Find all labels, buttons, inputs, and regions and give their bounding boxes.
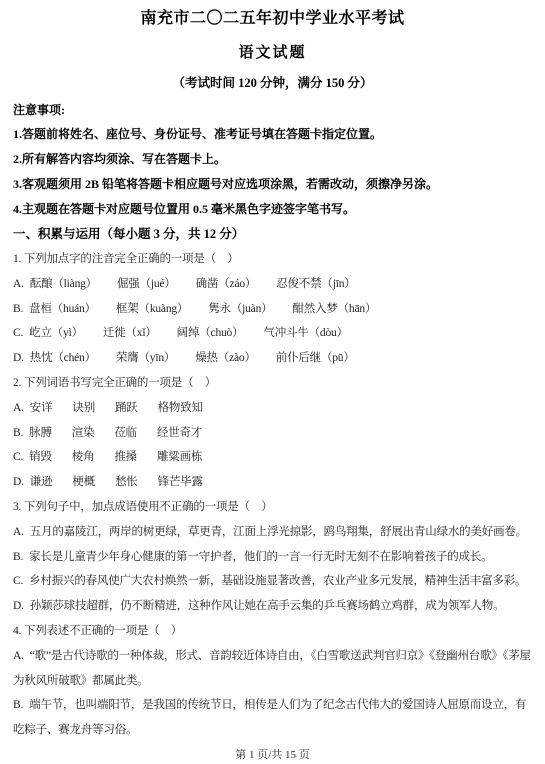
option-text: 莅临 (114, 427, 137, 439)
option-text: 确凿（záo） (196, 278, 257, 290)
option-text: 屹立（yì） (29, 327, 83, 339)
option-text: 锋芒毕露 (158, 476, 203, 488)
option-text: 五月的嘉陵江，两岸的树更绿，草更青，江面上浮光掠影，鸥鸟翔集，舒展出青山绿水的美… (30, 526, 527, 538)
option-text: 诀别 (72, 402, 95, 414)
option-label: D. (13, 476, 24, 488)
option-text: 渲染 (72, 427, 95, 439)
option-text: 孙颖莎球技超群，仍不断精进，这种作风让她在高手云集的乒乓赛场鹤立鸡群，成为领军人… (30, 600, 505, 612)
option-label: C. (13, 327, 23, 339)
option-text: 荣膺（yīn） (116, 352, 175, 364)
page-number: 第 1 页/共 15 页 (13, 745, 532, 764)
option-text: “歌”是古代诗歌的一种体裁，形式、音韵较近体诗自由，《白雪歌送武判官归京》《登幽… (13, 650, 531, 687)
option-text: 框架（kuàng） (116, 303, 188, 315)
option-row: C.屹立（yì）迁徙（xǐ）阔绰（chuò）气冲斗牛（dòu） (13, 321, 532, 346)
option-text: 梗概 (72, 476, 95, 488)
option-label: A. (13, 278, 24, 290)
option-text: 隽永（juàn） (208, 303, 272, 315)
option-text: 燥热（zào） (195, 352, 256, 364)
option-text: 脉膊 (29, 427, 52, 439)
option-text: 迁徙（xǐ） (103, 327, 157, 339)
questions: 1. 下列加点字的注音完全正确的一项是（ ）A.酝酿（liàng）倔强（jué）… (13, 247, 532, 743)
option-text: 热忱（chén） (30, 352, 96, 364)
option-text: 乡村振兴的春风使广大农村焕然一新，基础设施显著改善，农业产业多元发展，精神生活丰… (29, 575, 526, 587)
option-row: B.脉膊渲染莅临经世奇才 (13, 421, 532, 446)
option-row: A.安详诀别踊跃格物致知 (13, 396, 532, 421)
option-text: 安详 (30, 402, 53, 414)
option-row: C.销毁棱角推搡雕粱画栋 (13, 445, 532, 470)
option-text: 格物致知 (158, 402, 203, 414)
option-text: 家长是儿童青少年身心健康的第一守护者，他们的一言一行无时无刻不在影响着孩子的成长… (29, 551, 492, 563)
option-label: B. (13, 427, 23, 439)
option-label: B. (13, 551, 23, 563)
question-stem: 1. 下列加点字的注音完全正确的一项是（ ） (13, 247, 532, 272)
option-label: C. (13, 451, 23, 463)
option-label: A. (13, 402, 24, 414)
option-text: 踊跃 (115, 402, 138, 414)
option-row: D.孙颖莎球技超群，仍不断精进，这种作风让她在高手云集的乒乓赛场鹤立鸡群，成为领… (13, 594, 532, 619)
option-text: 酝酿（liàng） (30, 278, 97, 290)
option-text: 忍俊不禁（jīn） (276, 278, 355, 290)
option-text: 棱角 (72, 451, 95, 463)
exam-info: （考试时间 120 分钟，满分 150 分） (13, 68, 532, 98)
option-row: C.乡村振兴的春风使广大农村焕然一新，基础设施显著改善，农业产业多元发展，精神生… (13, 569, 532, 594)
notice-item: 2.所有解答内容均须涂、写在答题卡上。 (13, 147, 532, 172)
option-row: B.盘桓（huán）框架（kuàng）隽永（juàn）酣然入梦（hān） (13, 297, 532, 322)
option-row: B.家长是儿童青少年身心健康的第一守护者，他们的一言一行无时无刻不在影响着孩子的… (13, 545, 532, 570)
page-title: 南充市二〇二五年初中学业水平考试 (13, 5, 532, 32)
section-heading: 一、积累与运用（每小题 3 分，共 12 分） (13, 222, 532, 247)
question-2: 2. 下列词语书写完全正确的一项是（ ）A.安详诀别踊跃格物致知B.脉膊渲染莅临… (13, 371, 532, 495)
question-4: 4. 下列表述不正确的一项是（ ）A.“歌”是古代诗歌的一种体裁，形式、音韵较近… (13, 619, 532, 743)
option-text: 经世奇才 (157, 427, 202, 439)
option-text: 推搡 (114, 451, 137, 463)
option-text: 谦逊 (30, 476, 53, 488)
option-text: 销毁 (29, 451, 52, 463)
option-row: D.热忱（chén）荣膺（yīn）燥热（zào）前仆后继（pū） (13, 346, 532, 371)
option-row: A.“歌”是古代诗歌的一种体裁，形式、音韵较近体诗自由，《白雪歌送武判官归京》《… (13, 644, 532, 694)
question-1: 1. 下列加点字的注音完全正确的一项是（ ）A.酝酿（liàng）倔强（jué）… (13, 247, 532, 371)
option-label: D. (13, 352, 24, 364)
option-text: 雕粱画栋 (157, 451, 202, 463)
option-label: B. (13, 699, 23, 711)
option-text: 盘桓（huán） (29, 303, 96, 315)
option-text: 端午节，也叫端阳节，是我国的传统节日，相传是人们为了纪念古代伟大的爱国诗人屈原而… (13, 699, 526, 736)
option-text: 气冲斗牛（dòu） (263, 327, 347, 339)
option-row: B.端午节，也叫端阳节，是我国的传统节日，相传是人们为了纪念古代伟大的爱国诗人屈… (13, 693, 532, 743)
option-text: 愁怅 (115, 476, 138, 488)
notice-item: 3.客观题须用 2B 铅笔将答题卡相应题号对应选项涂黑，若需改动，须擦净另涂。 (13, 172, 532, 197)
option-label: B. (13, 303, 23, 315)
notice-item: 4.主观题在答题卡对应题号位置用 0.5 毫米黑色字迹签字笔书写。 (13, 197, 532, 222)
option-row: A.酝酿（liàng）倔强（jué）确凿（záo）忍俊不禁（jīn） (13, 272, 532, 297)
page-subtitle: 语文试题 (13, 38, 532, 68)
question-stem: 3. 下列句子中，加点成语使用不正确的一项是（ ） (13, 495, 532, 520)
option-text: 前仆后继（pū） (276, 352, 355, 364)
option-row: D.谦逊梗概愁怅锋芒毕露 (13, 470, 532, 495)
question-3: 3. 下列句子中，加点成语使用不正确的一项是（ ）A.五月的嘉陵江，两岸的树更绿… (13, 495, 532, 619)
question-stem: 4. 下列表述不正确的一项是（ ） (13, 619, 532, 644)
question-stem: 2. 下列词语书写完全正确的一项是（ ） (13, 371, 532, 396)
option-label: C. (13, 575, 23, 587)
option-row: A.五月的嘉陵江，两岸的树更绿，草更青，江面上浮光掠影，鸥鸟翔集，舒展出青山绿水… (13, 520, 532, 545)
option-label: D. (13, 600, 24, 612)
notice-item: 1.答题前将姓名、座位号、身份证号、准考证号填在答题卡指定位置。 (13, 122, 532, 147)
option-label: A. (13, 650, 24, 662)
option-text: 阔绰（chuò） (177, 327, 244, 339)
option-text: 倔强（jué） (117, 278, 176, 290)
option-text: 酣然入梦（hān） (292, 303, 376, 315)
exam-page: 南充市二〇二五年初中学业水平考试 语文试题 （考试时间 120 分钟，满分 15… (0, 0, 545, 764)
option-label: A. (13, 526, 24, 538)
notice-list: 1.答题前将姓名、座位号、身份证号、准考证号填在答题卡指定位置。2.所有解答内容… (13, 122, 532, 222)
notice-heading: 注意事项: (13, 98, 532, 122)
